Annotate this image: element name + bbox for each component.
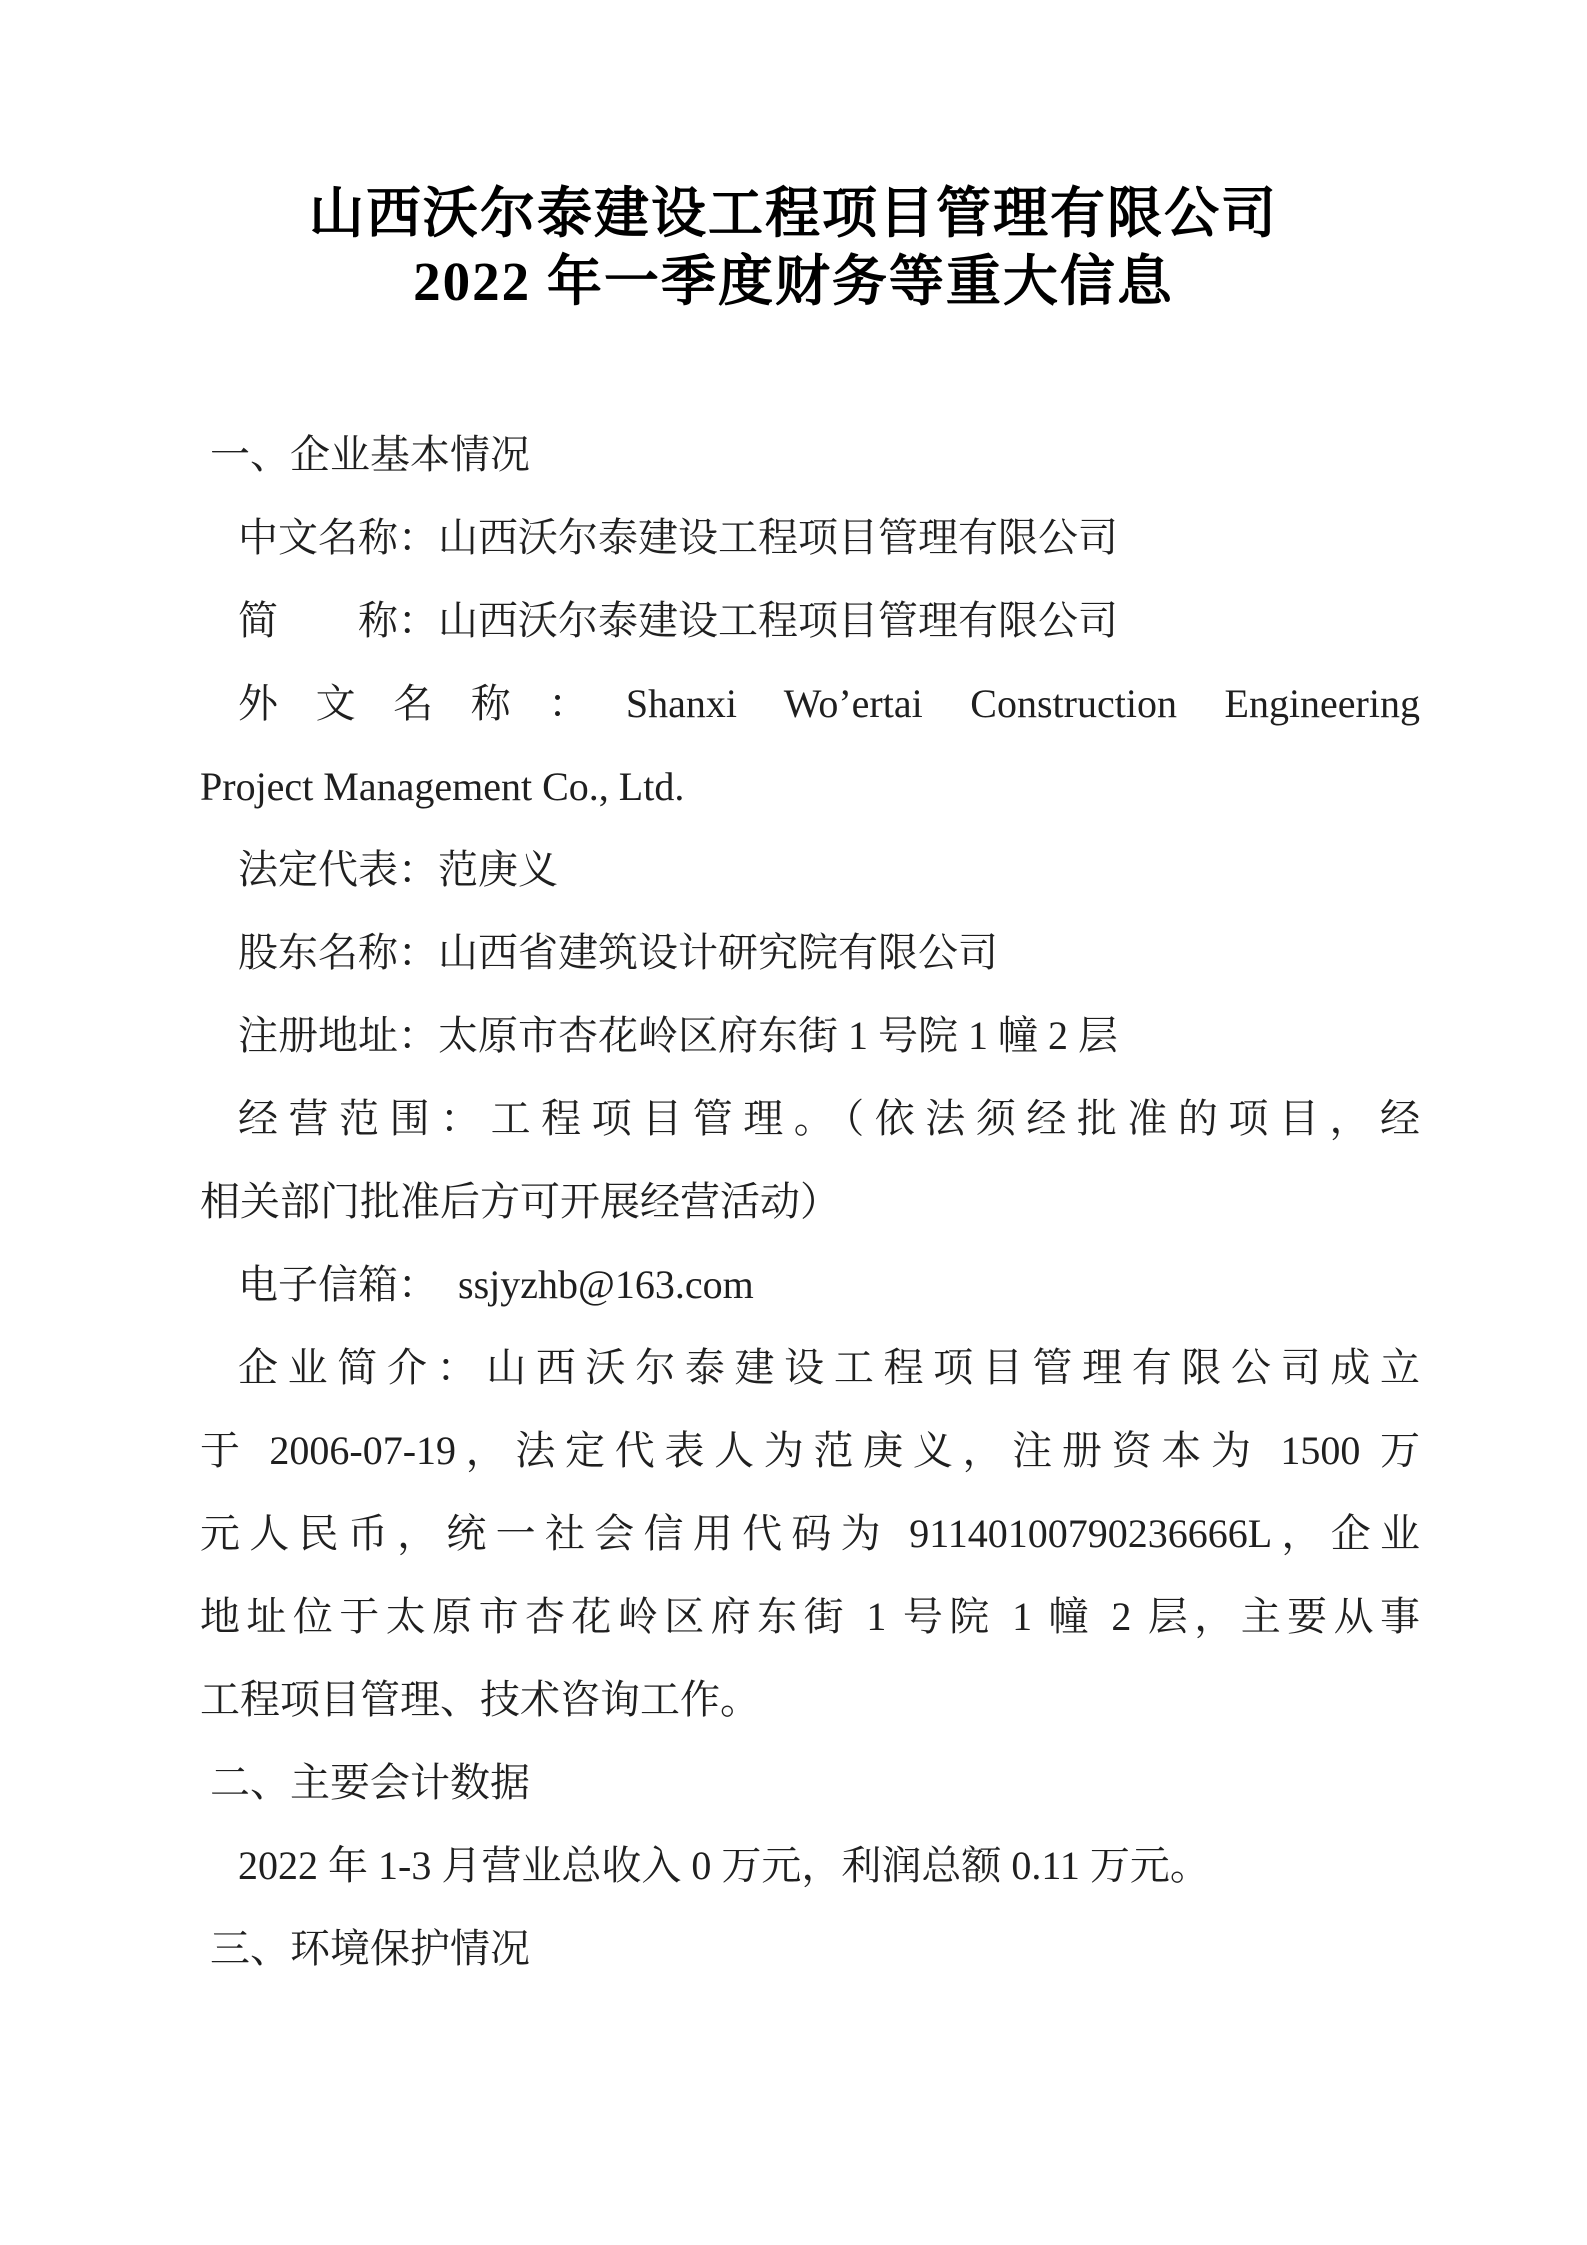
accounting-data-line: 2022 年 1-3 月营业总收入 0 万元，利润总额 0.11 万元。: [200, 1824, 1420, 1907]
company-profile-line5: 工程项目管理、技术咨询工作。: [200, 1658, 1420, 1741]
company-profile-line4: 地址位于太原市杏花岭区府东街 1 号院 1 幢 2 层，主要从事: [200, 1575, 1420, 1658]
field-shareholder-name: 股东名称：山西省建筑设计研究院有限公司: [200, 911, 1420, 994]
field-english-name-line1: 外文名称：Shanxi Wo’ertai Construction Engine…: [200, 662, 1420, 745]
field-english-name-line2: Project Management Co., Ltd.: [200, 745, 1420, 828]
field-chinese-name: 中文名称：山西沃尔泰建设工程项目管理有限公司: [200, 496, 1420, 579]
section-heading-environment: 三、环境保护情况: [200, 1907, 1420, 1990]
section-heading-basic-info: 一、企业基本情况: [200, 413, 1420, 496]
field-short-name: 简 称：山西沃尔泰建设工程项目管理有限公司: [200, 579, 1420, 662]
field-business-scope-line2: 相关部门批准后方可开展经营活动）: [200, 1160, 1420, 1243]
field-legal-representative: 法定代表：范庚义: [200, 828, 1420, 911]
document-body: 一、企业基本情况 中文名称：山西沃尔泰建设工程项目管理有限公司 简 称：山西沃尔…: [0, 413, 1587, 1990]
document-title-line2: 2022 年一季度财务等重大信息: [0, 248, 1587, 316]
field-email: 电子信箱： ssjyzhb@163.com: [200, 1243, 1420, 1326]
field-registered-address: 注册地址：太原市杏花岭区府东街 1 号院 1 幢 2 层: [200, 994, 1420, 1077]
section-heading-accounting-data: 二、主要会计数据: [200, 1741, 1420, 1824]
company-profile-line1: 企业简介：山西沃尔泰建设工程项目管理有限公司成立: [200, 1326, 1420, 1409]
document-page: 山西沃尔泰建设工程项目管理有限公司 2022 年一季度财务等重大信息 一、企业基…: [0, 0, 1587, 2245]
company-profile-line3: 元人民币，统一社会信用代码为 91140100790236666L，企业: [200, 1492, 1420, 1575]
company-profile-line2: 于 2006-07-19，法定代表人为范庚义，注册资本为 1500 万: [200, 1409, 1420, 1492]
field-business-scope-line1: 经营范围：工程项目管理。（依法须经批准的项目，经: [200, 1077, 1420, 1160]
document-title-line1: 山西沃尔泰建设工程项目管理有限公司: [0, 180, 1587, 248]
